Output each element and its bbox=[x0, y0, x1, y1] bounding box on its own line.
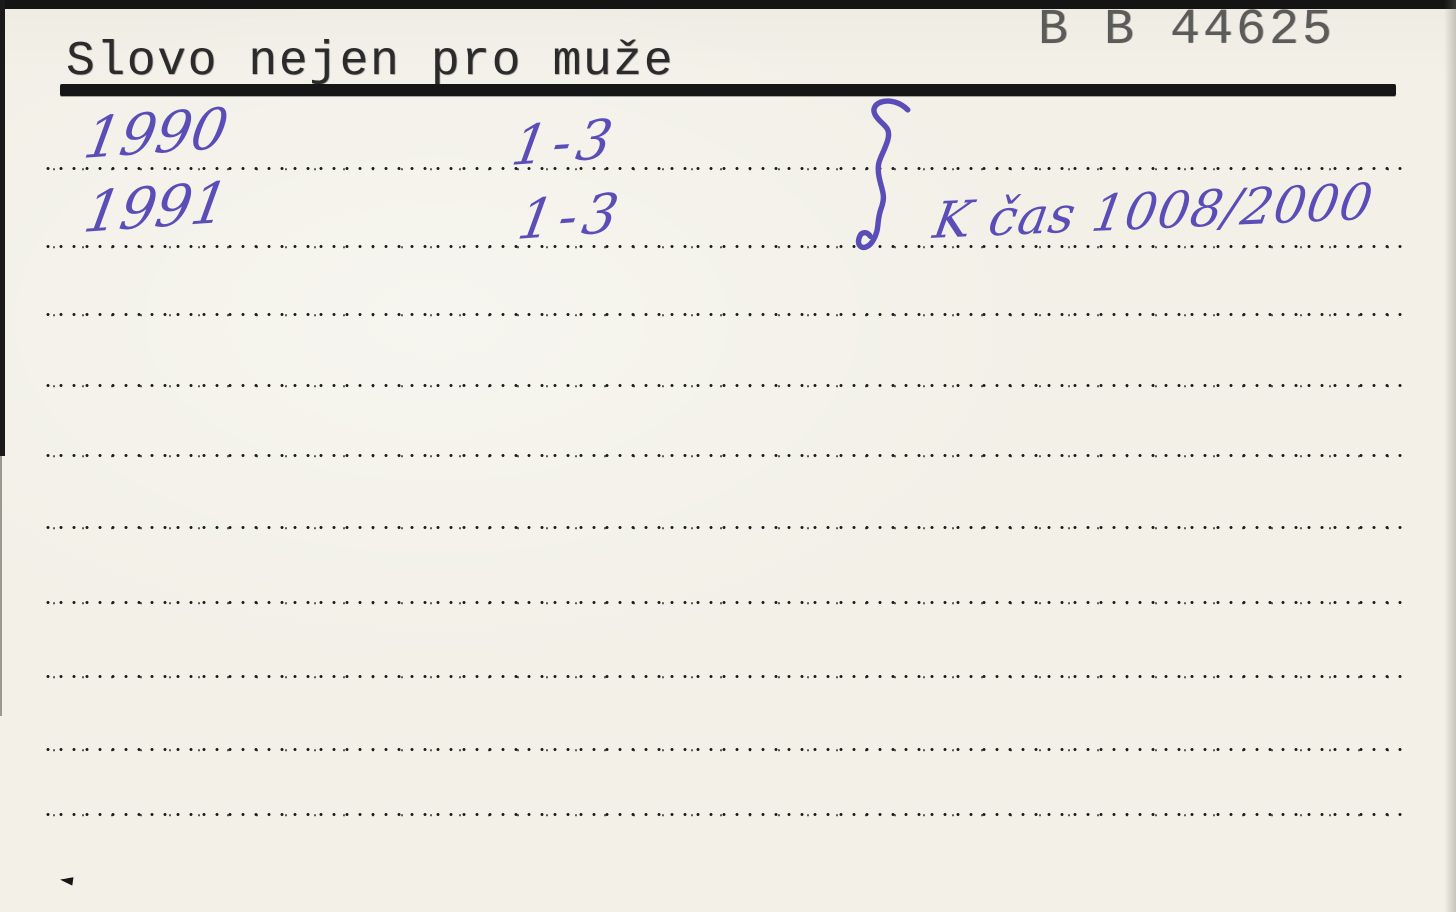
ruled-dotted-line bbox=[46, 312, 1402, 317]
title-underline-rule bbox=[60, 84, 1396, 96]
card-edge-shadow bbox=[1444, 0, 1456, 912]
ruled-dotted-line bbox=[46, 747, 1402, 752]
card-title: Slovo nejen pro muže bbox=[66, 38, 674, 86]
entry-issues: 1-3 bbox=[514, 186, 628, 248]
ruled-dotted-line bbox=[46, 244, 1402, 249]
corner-arrow-mark: ◄ bbox=[59, 871, 74, 890]
ruled-dotted-line bbox=[46, 525, 1402, 530]
catalog-card: Slovo nejen pro muže B B 44625 1990 1-3 … bbox=[0, 0, 1456, 912]
ruled-dotted-line bbox=[46, 674, 1402, 679]
entry-issues: 1-3 bbox=[508, 112, 622, 174]
handwritten-note: K čas 1008/2000 bbox=[930, 176, 1377, 246]
handwritten-brace-icon bbox=[852, 98, 922, 256]
ruled-dotted-line bbox=[46, 383, 1402, 388]
accession-number-stamp: B B 44625 bbox=[1038, 6, 1335, 56]
ruled-dotted-line bbox=[46, 812, 1402, 817]
ruled-dotted-line bbox=[46, 453, 1402, 458]
entry-year: 1991 bbox=[80, 175, 232, 242]
ruled-dotted-line bbox=[46, 166, 1402, 171]
scan-edge-left bbox=[0, 0, 5, 456]
entry-year: 1990 bbox=[80, 101, 232, 168]
ruled-dotted-line bbox=[46, 600, 1402, 605]
scan-edge-left-faint bbox=[0, 456, 2, 716]
